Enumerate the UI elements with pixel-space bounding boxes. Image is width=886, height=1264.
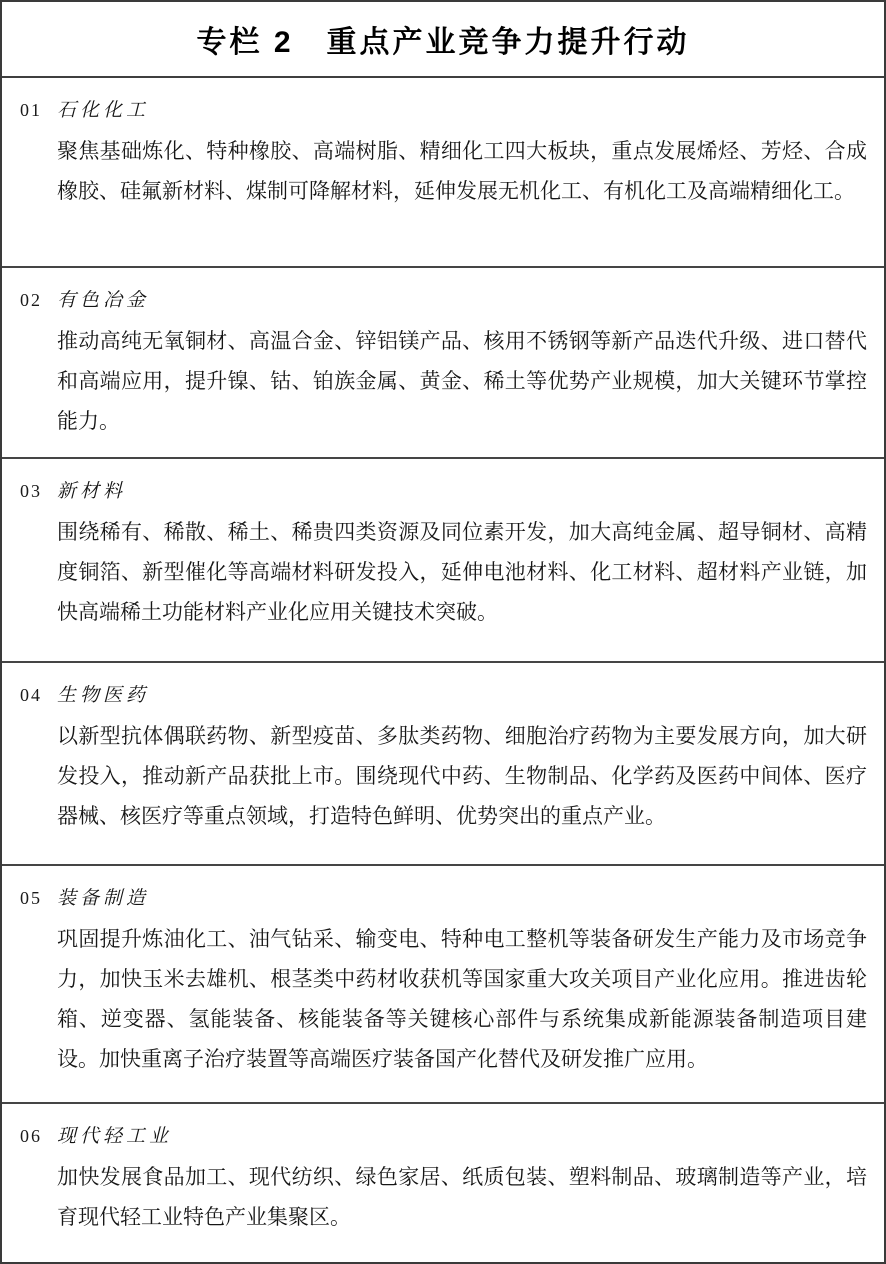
section-body: 以新型抗体偶联药物、新型疫苗、多肽类药物、细胞治疗药物为主要发展方向，加大研发投…	[57, 716, 867, 836]
section-body: 聚焦基础炼化、特种橡胶、高端树脂、精细化工四大板块，重点发展烯烃、芳烃、合成橡胶…	[57, 131, 867, 211]
section-02-nonferrous-metallurgy: 02 有色冶金 推动高纯无氧铜材、高温合金、锌铝镁产品、核用不锈钢等新产品迭代升…	[2, 268, 884, 459]
section-03-new-materials: 03 新材料 围绕稀有、稀散、稀土、稀贵四类资源及同位素开发，加大高纯金属、超导…	[2, 459, 884, 663]
section-header: 01 石化化工	[20, 95, 867, 122]
section-body: 推动高纯无氧铜材、高温合金、锌铝镁产品、核用不锈钢等新产品迭代升级、进口替代和高…	[57, 321, 867, 441]
section-body: 巩固提升炼油化工、油气钻采、输变电、特种电工整机等装备研发生产能力及市场竞争力，…	[57, 919, 867, 1079]
section-title: 生物医药	[57, 680, 149, 707]
section-header: 03 新材料	[20, 476, 867, 503]
section-05-equipment-manufacturing: 05 装备制造 巩固提升炼油化工、油气钻采、输变电、特种电工整机等装备研发生产能…	[2, 866, 884, 1104]
section-06-modern-light-industry: 06 现代轻工业 加快发展食品加工、现代纺织、绿色家居、纸质包装、塑料制品、玻璃…	[2, 1104, 884, 1259]
section-01-petrochemical: 01 石化化工 聚焦基础炼化、特种橡胶、高端树脂、精细化工四大板块，重点发展烯烃…	[2, 78, 884, 268]
section-number: 05	[20, 888, 57, 909]
section-list: 01 石化化工 聚焦基础炼化、特种橡胶、高端树脂、精细化工四大板块，重点发展烯烃…	[2, 78, 884, 1259]
section-body: 围绕稀有、稀散、稀土、稀贵四类资源及同位素开发，加大高纯金属、超导铜材、高精度铜…	[57, 512, 867, 632]
section-title: 石化化工	[57, 95, 149, 122]
section-number: 04	[20, 685, 57, 706]
panel-title: 专栏 2 重点产业竞争力提升行动	[2, 2, 884, 78]
section-body: 加快发展食品加工、现代纺织、绿色家居、纸质包装、塑料制品、玻璃制造等产业，培育现…	[57, 1157, 867, 1237]
section-04-biomedicine: 04 生物医药 以新型抗体偶联药物、新型疫苗、多肽类药物、细胞治疗药物为主要发展…	[2, 663, 884, 866]
section-number: 02	[20, 290, 57, 311]
section-header: 02 有色冶金	[20, 285, 867, 312]
section-header: 06 现代轻工业	[20, 1121, 867, 1148]
section-number: 06	[20, 1126, 57, 1147]
section-header: 05 装备制造	[20, 883, 867, 910]
section-header: 04 生物医药	[20, 680, 867, 707]
section-title: 新材料	[57, 476, 126, 503]
section-number: 01	[20, 100, 57, 121]
section-title: 装备制造	[57, 883, 149, 910]
section-title: 有色冶金	[57, 285, 149, 312]
section-number: 03	[20, 481, 57, 502]
column-panel: 专栏 2 重点产业竞争力提升行动 01 石化化工 聚焦基础炼化、特种橡胶、高端树…	[0, 0, 886, 1264]
section-title: 现代轻工业	[57, 1121, 172, 1148]
